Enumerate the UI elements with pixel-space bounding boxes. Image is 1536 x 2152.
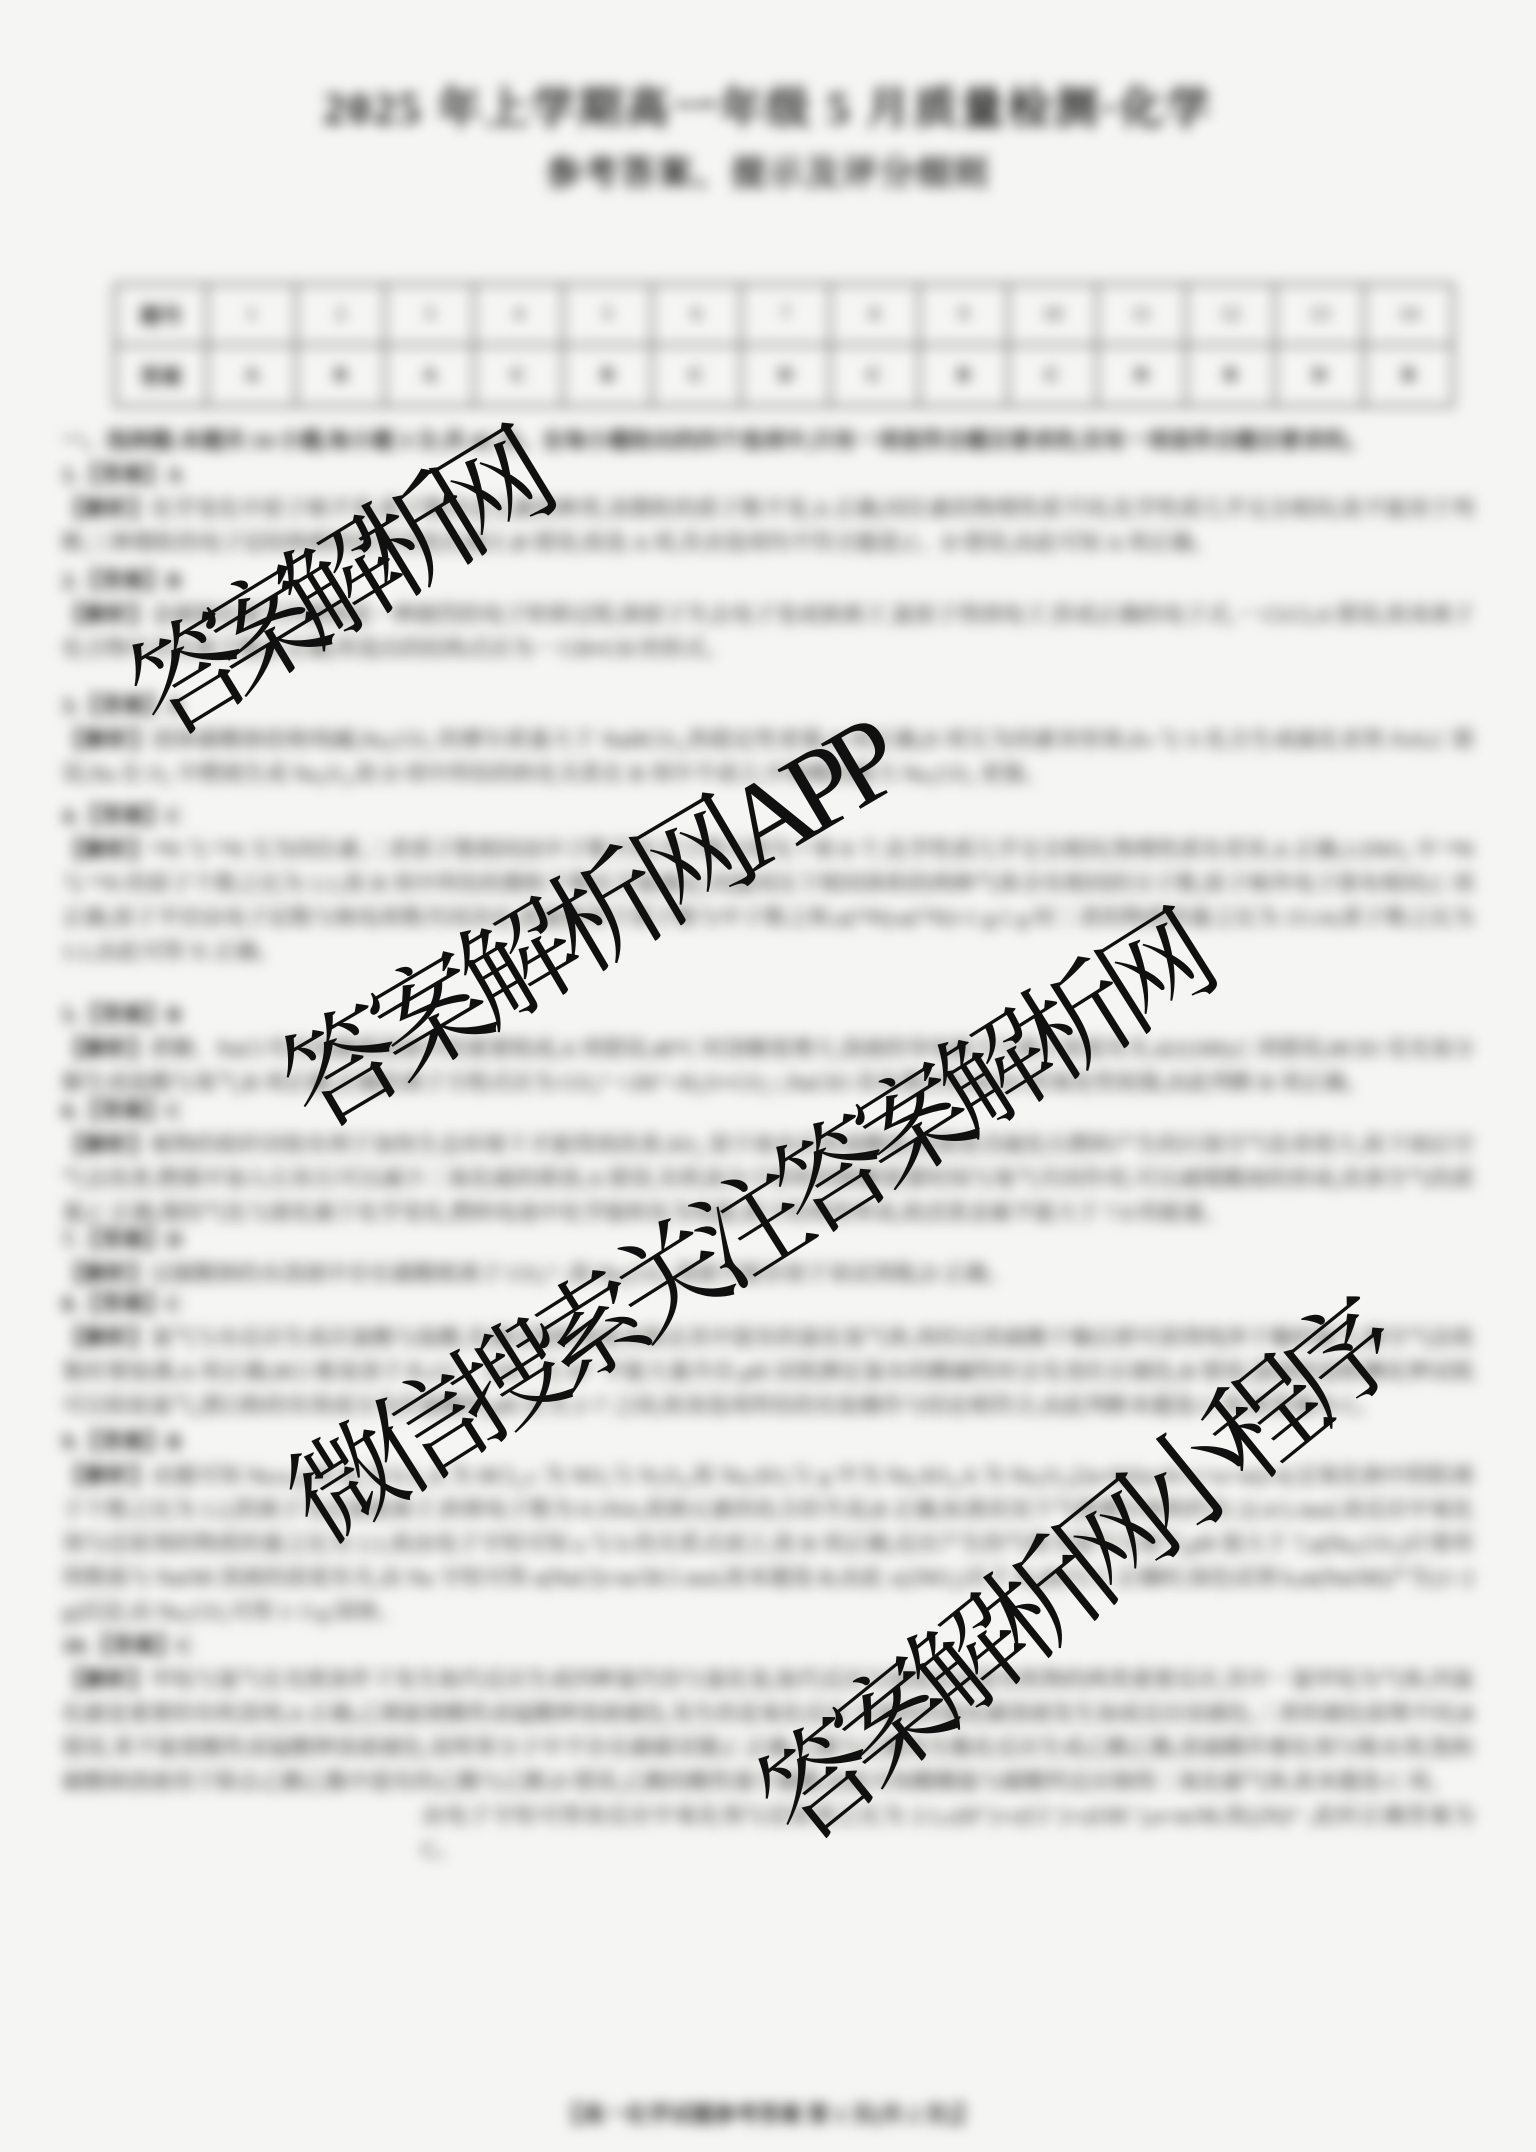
answer-item: 5.【答案】B 【解析】蔗糖、NaCl 均为电解质溶液中的重要组成,A 项错误,… — [62, 998, 1474, 1100]
answer-marker: 【答案】 — [79, 1002, 167, 1027]
item-analysis: 【解析】植物的秸秆回收有利于加快生态环境下才能得到改善,SO₂ 溶于雨水后形成酸… — [62, 1128, 1474, 1230]
answer-cell: A — [385, 345, 474, 406]
item-number: 5. — [62, 1002, 79, 1027]
analysis-text: 氯气与水反应生成次氯酸与盐酸,先通过饱和食盐水除去其中混有的氯化氢气体,再经过浓… — [62, 1325, 1474, 1418]
item-answer-letter: C — [167, 1291, 183, 1316]
item-analysis: 【解析】氯气与水反应生成次氯酸与盐酸,先通过饱和食盐水除去其中混有的氯化氢气体,… — [62, 1321, 1474, 1423]
answer-cell: D — [1097, 345, 1186, 406]
question-number-cell: 10 — [1008, 284, 1097, 345]
answer-cell: D — [1275, 345, 1364, 406]
item-analysis: 【解析】甲烷与氯气在光照条件下发生取代反应生成四种氯代烃与氯化氢,取代反应与加成… — [62, 1663, 1474, 1799]
item-answer-letter: C — [167, 1098, 183, 1123]
section-heading: 一、选择题:本题共 14 小题,每小题 3 分,共 42 分。在每小题给出的四个… — [62, 424, 1474, 458]
analysis-text: 蔗糖、NaCl 均为电解质溶液中的重要组成,A 项错误,40°C 时溶解度增大,… — [62, 1036, 1474, 1095]
answer-cell: A — [207, 345, 296, 406]
question-number-cell: 11 — [1097, 284, 1186, 345]
answer-marker: 【答案】 — [79, 693, 167, 718]
answer-cell: B — [296, 345, 385, 406]
answer-marker: 【答案】 — [79, 568, 167, 593]
item-answer-letter: C — [178, 1633, 194, 1658]
analysis-text: 由题可知 Na:a g 时 H₂为 b L,A 为 HCl₂,c 为 NO₂与 … — [62, 1463, 1474, 1624]
question-number-cell: 1 — [207, 284, 296, 345]
analysis-marker: 【解析】 — [62, 1667, 151, 1692]
question-number-cell: 6 — [652, 284, 741, 345]
answer-marker: 【答案】 — [79, 1227, 167, 1252]
answer-item: 9.【答案】B 【解析】由题可知 Na:a g 时 H₂为 b L,A 为 HC… — [62, 1425, 1474, 1629]
item-answer-line: 3.【答案】A — [62, 689, 1474, 723]
item-analysis: 【解析】固体碳酸钠俗称纯碱,Na₂CO₃ 的摩尔质量大于 NaHCO₃,热稳定性… — [62, 723, 1474, 791]
item-number: 3. — [62, 693, 79, 718]
scanned-document: 2025 年上学期高一年级 5 月质量检测·化学 参考答案、提示及评分细则 题号… — [0, 0, 1536, 2152]
answer-cell: C — [474, 345, 563, 406]
item-answer-line: 8.【答案】C — [62, 1287, 1474, 1321]
item-number: 1. — [62, 462, 79, 487]
item-answer-line: 1.【答案】A — [62, 458, 1474, 492]
item-answer-line: 9.【答案】B — [62, 1425, 1474, 1459]
analysis-marker: 【解析】 — [62, 1325, 151, 1350]
question-number-cell: 12 — [1186, 284, 1275, 345]
items-container: 1.【答案】A 【解析】化学变化中原子核不变,质子数决定元素的种类,该微粒的质子… — [62, 458, 1474, 1867]
item-analysis: 【解析】¹⁴N 与 ¹⁵N 互为同位素,二者质子数相同而中子数不同,中子数分别为… — [62, 833, 1474, 969]
item-answer-letter: B — [167, 1429, 182, 1454]
analysis-marker: 【解析】 — [62, 602, 150, 627]
page-title: 2025 年上学期高一年级 5 月质量检测·化学 — [0, 72, 1536, 136]
answer-marker: 【答案】 — [90, 1633, 178, 1658]
analysis-marker: 【解析】 — [62, 837, 150, 862]
question-number-cell: 4 — [474, 284, 563, 345]
analysis-text: 甲烷与氯气在光照条件下发生取代反应生成四种氯代烃与氯化氢,取代反应与加成反应是有… — [62, 1667, 1474, 1794]
question-number-row: 题号 1234567891011121314 — [115, 284, 1453, 345]
item-answer-letter: B — [167, 1002, 182, 1027]
item-number: 2. — [62, 568, 79, 593]
question-number-cell: 3 — [385, 284, 474, 345]
question-number-cell: 7 — [741, 284, 830, 345]
question-number-cell: 8 — [830, 284, 919, 345]
question-number-cell: 9 — [919, 284, 1008, 345]
item-analysis: 【解析】化学变化中原子核不变,质子数决定元素的种类,该微粒的质子数不变,A 正确… — [62, 492, 1474, 560]
answer-cell: B — [563, 345, 652, 406]
answer-cell: C — [830, 345, 919, 406]
answer-row: 答案 ABACBCDCBCDBDB — [115, 345, 1453, 406]
answer-item: 6.【答案】C 【解析】植物的秸秆回收有利于加快生态环境下才能得到改善,SO₂ … — [62, 1094, 1474, 1230]
answer-label: 答案 — [115, 345, 207, 406]
item-analysis: 【解析】金属钠在氯气中燃烧是一种剧烈的电子转移过程,钠原子失去电子变成钠离子,氯… — [62, 598, 1474, 666]
analysis-text: 过碳酸钠的水溶液中存在碳酸根离子 CO₃²⁻,故 Na₂CO₃ 溶液不能存放于该… — [150, 1261, 1009, 1286]
page-subtitle: 参考答案、提示及评分细则 — [0, 146, 1536, 196]
answer-key-table: 题号 1234567891011121314 答案 ABACBCDCBCDBDB — [114, 283, 1454, 407]
item-answer-line: 5.【答案】B — [62, 998, 1474, 1032]
answer-cell: C — [652, 345, 741, 406]
answer-body: 一、选择题:本题共 14 小题,每小题 3 分,共 42 分。在每小题给出的四个… — [62, 424, 1474, 1867]
analysis-text: ¹⁴N 与 ¹⁵N 互为同位素,二者质子数相同而中子数不同,中子数分别为 7 和… — [62, 837, 1474, 964]
answer-cell: B — [919, 345, 1008, 406]
item-analysis: 【解析】蔗糖、NaCl 均为电解质溶液中的重要组成,A 项错误,40°C 时溶解… — [62, 1032, 1474, 1100]
item-analysis: 【解析】由题可知 Na:a g 时 H₂为 b L,A 为 HCl₂,c 为 N… — [62, 1459, 1474, 1629]
answer-cell: B — [1186, 345, 1275, 406]
item-number: 8. — [62, 1291, 79, 1316]
analysis-marker: 【解析】 — [62, 496, 151, 521]
item-number: 4. — [62, 803, 79, 828]
item-number: 10. — [62, 1633, 90, 1658]
analysis-text: 植物的秸秆回收有利于加快生态环境下才能得到改善,SO₂ 溶于雨水后形成酸雨,故排… — [62, 1132, 1474, 1225]
item-answer-letter: D — [167, 1227, 183, 1252]
item-answer-letter: B — [167, 568, 182, 593]
answer-item: 1.【答案】A 【解析】化学变化中原子核不变,质子数决定元素的种类,该微粒的质子… — [62, 458, 1474, 560]
analysis-marker: 【解析】 — [62, 1036, 150, 1061]
analysis-text: 金属钠在氯气中燃烧是一种剧烈的电子转移过程,钠原子失去电子变成钠离子,氯原子得到… — [62, 602, 1474, 661]
item-answer-line: 2.【答案】B — [62, 564, 1474, 598]
answer-item: 2.【答案】B 【解析】金属钠在氯气中燃烧是一种剧烈的电子转移过程,钠原子失去电… — [62, 564, 1474, 666]
page-footer: 【高一化学试题参考答案 第 1 页(共 2 页)】 — [0, 2098, 1536, 2129]
question-number-cell: 14 — [1364, 284, 1453, 345]
answer-marker: 【答案】 — [79, 1098, 167, 1123]
analysis-marker: 【解析】 — [62, 1261, 150, 1286]
item-answer-letter: A — [167, 693, 183, 718]
answer-item: 3.【答案】A 【解析】固体碳酸钠俗称纯碱,Na₂CO₃ 的摩尔质量大于 NaH… — [62, 689, 1474, 791]
item-answer-line: 4.【答案】C — [62, 799, 1474, 833]
analysis-text: 固体碳酸钠俗称纯碱,Na₂CO₃ 的摩尔质量大于 NaHCO₃,热稳定性更强,A… — [62, 727, 1474, 786]
analysis-text: 化学变化中原子核不变,质子数决定元素的种类,该微粒的质子数不变,A 正确;同位素… — [62, 496, 1474, 555]
analysis-marker: 【解析】 — [62, 727, 152, 752]
item-number: 7. — [62, 1227, 79, 1252]
equation-line: 由电子守恒可得该反应中氧化剂与还原剂之比为 2:1,c(H⁺)=c(Cl⁻)+c… — [422, 1799, 1474, 1867]
answer-item: 7.【答案】D 【解析】过碳酸钠的水溶液中存在碳酸根离子 CO₃²⁻,故 Na₂… — [62, 1223, 1474, 1291]
item-answer-letter: C — [167, 803, 183, 828]
answer-cell: B — [1364, 345, 1453, 406]
question-number-cell: 13 — [1275, 284, 1364, 345]
answer-item: 4.【答案】C 【解析】¹⁴N 与 ¹⁵N 互为同位素,二者质子数相同而中子数不… — [62, 799, 1474, 969]
answer-cell: C — [1008, 345, 1097, 406]
answer-marker: 【答案】 — [79, 1291, 167, 1316]
question-number-label: 题号 — [115, 284, 207, 345]
answer-cell: D — [741, 345, 830, 406]
answer-marker: 【答案】 — [79, 1429, 167, 1454]
answer-marker: 【答案】 — [79, 803, 167, 828]
question-number-cell: 5 — [563, 284, 652, 345]
answer-item: 10.【答案】C 【解析】甲烷与氯气在光照条件下发生取代反应生成四种氯代烃与氯化… — [62, 1629, 1474, 1867]
item-number: 6. — [62, 1098, 79, 1123]
item-number: 9. — [62, 1429, 79, 1454]
item-answer-line: 10.【答案】C — [62, 1629, 1474, 1663]
question-number-cell: 2 — [296, 284, 385, 345]
analysis-marker: 【解析】 — [62, 1132, 151, 1157]
item-analysis: 【解析】过碳酸钠的水溶液中存在碳酸根离子 CO₃²⁻,故 Na₂CO₃ 溶液不能… — [62, 1257, 1474, 1291]
answer-marker: 【答案】 — [79, 462, 167, 487]
answer-item: 8.【答案】C 【解析】氯气与水反应生成次氯酸与盐酸,先通过饱和食盐水除去其中混… — [62, 1287, 1474, 1423]
item-answer-letter: A — [167, 462, 183, 487]
analysis-marker: 【解析】 — [62, 1463, 152, 1488]
